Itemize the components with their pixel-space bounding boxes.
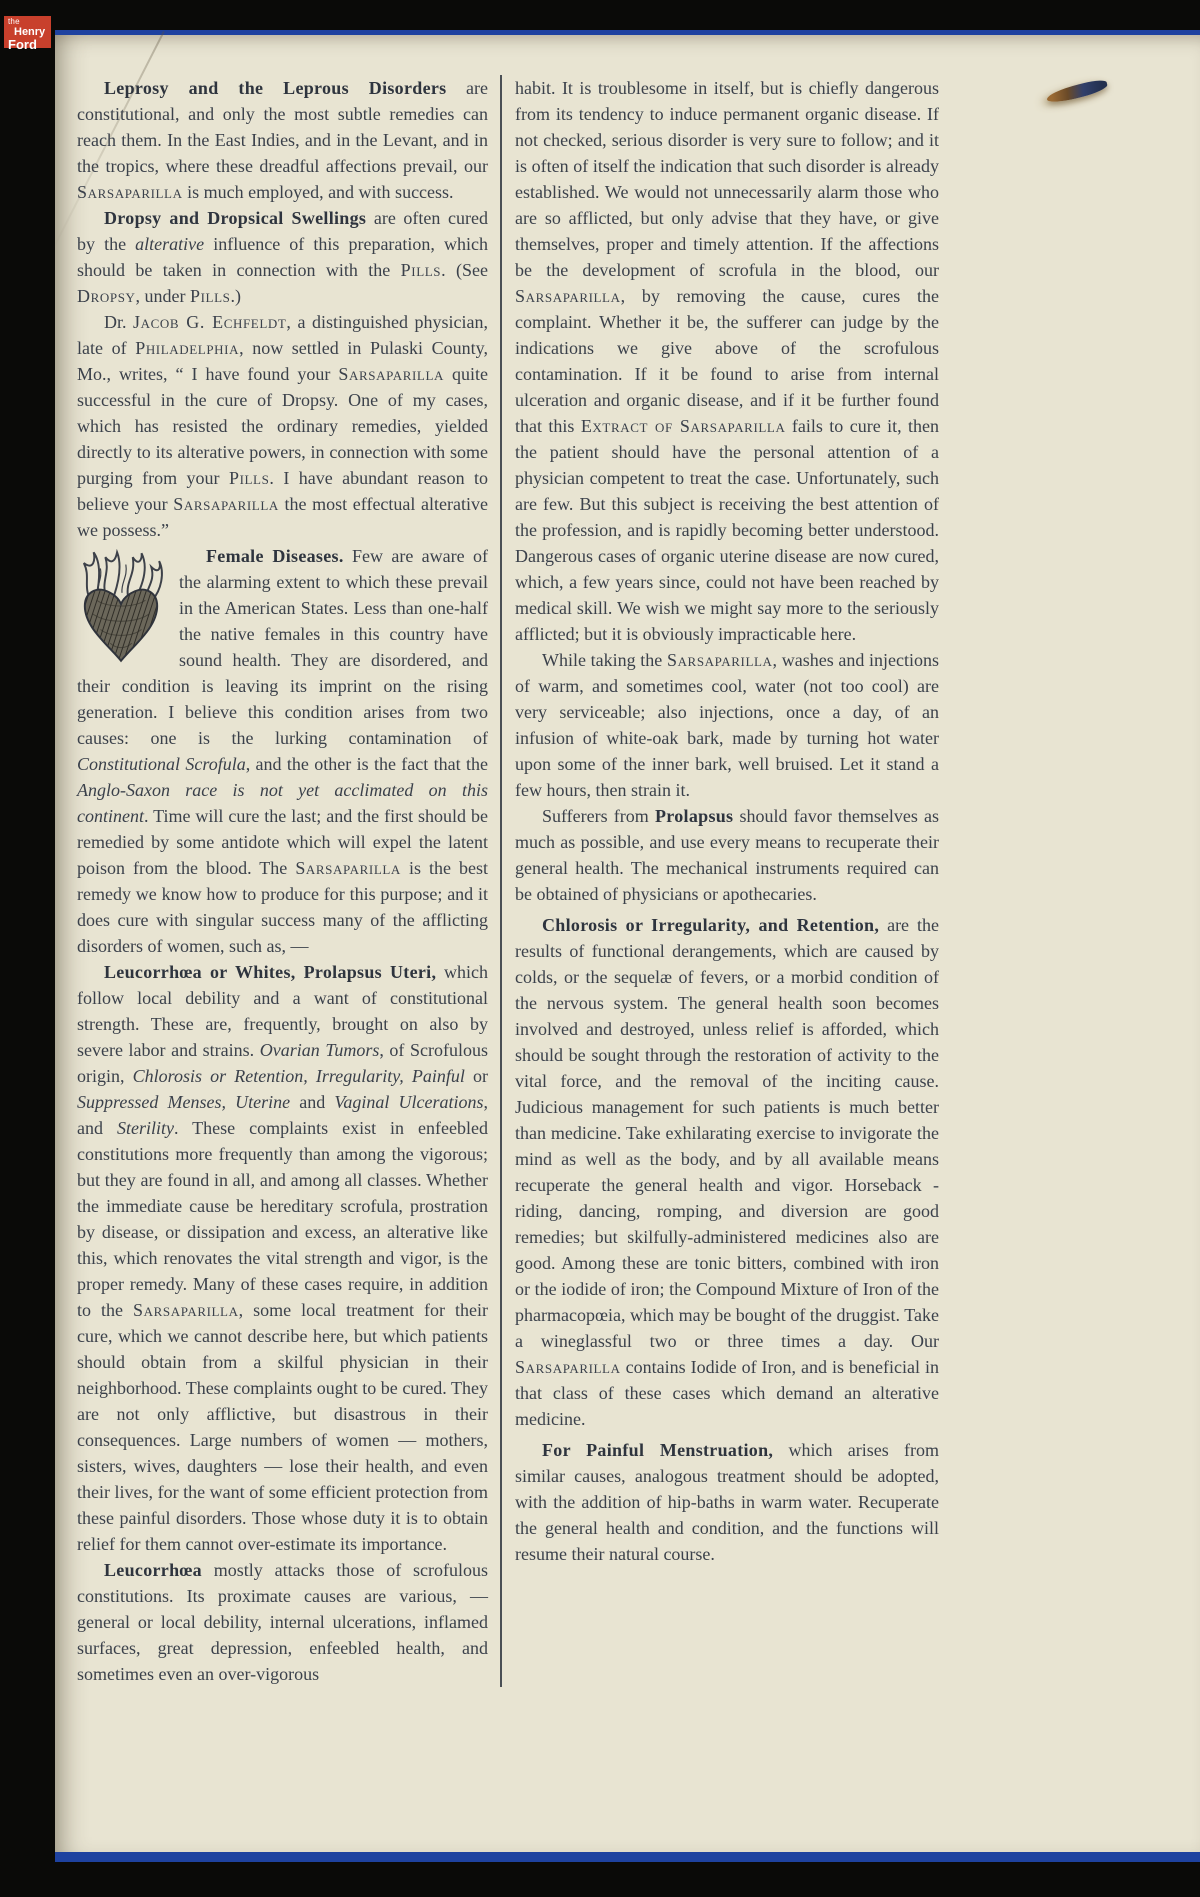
smallcaps-name: Jacob G. Echfeldt — [133, 312, 286, 332]
bold-lead-in: Leucorrhœa — [104, 1560, 202, 1580]
smallcaps-name: Extract of Sarsaparilla — [581, 416, 786, 436]
smallcaps-name: Sarsaparilla — [515, 1357, 621, 1377]
smallcaps-name: Sarsaparilla — [133, 1300, 239, 1320]
text-run: habit. It is troublesome in itself, but … — [515, 78, 939, 280]
smallcaps-name: Sarsaparilla — [338, 364, 444, 384]
smallcaps-name: Sarsaparilla — [515, 286, 621, 306]
text-run: and — [290, 1092, 334, 1112]
scanned-page: Leprosy and the Leprous Disorders are co… — [55, 30, 1200, 1862]
bold-lead-in: Female Diseases. — [206, 546, 344, 566]
text-run: is much employed, and with success. — [183, 182, 454, 202]
text-run: , by removing the cause, cures the compl… — [515, 286, 939, 436]
smallcaps-name: Sarsaparilla — [77, 182, 183, 202]
paper-tear-mark — [1045, 78, 1108, 106]
bold-lead-in: Chlorosis or Irregularity, and Retention… — [542, 915, 879, 935]
text-run: fails to cure it, then the patient shoul… — [515, 416, 939, 644]
smallcaps-name: Philadelphia — [135, 338, 239, 358]
text-run: , under — [136, 286, 190, 306]
bold-lead-in: Leprosy and the Leprous Disorders — [104, 78, 446, 98]
italic-term: Constitutional Scrofula — [77, 754, 246, 774]
paragraph: While taking the Sarsaparilla, washes an… — [515, 647, 939, 803]
paragraph: Leprosy and the Leprous Disorders are co… — [77, 75, 488, 205]
right-column: habit. It is troublesome in itself, but … — [500, 75, 939, 1687]
smallcaps-name: Dropsy — [77, 286, 136, 306]
logo-word-the: the — [8, 18, 51, 26]
paragraph: Sufferers from Prolapsus should favor th… — [515, 803, 939, 907]
paragraph: Dr. Jacob G. Echfeldt, a distinguished p… — [77, 309, 488, 543]
smallcaps-name: Sarsaparilla — [667, 650, 773, 670]
italic-term: Ovarian Tumors — [260, 1040, 380, 1060]
paragraph: Dropsy and Dropsical Swellings are often… — [77, 205, 488, 309]
italic-term: alterative — [135, 234, 204, 254]
paragraph: Female Diseases. Few are aware of the al… — [77, 543, 488, 959]
paragraph: Leucorrhœa or Whites, Prolapsus Uteri, w… — [77, 959, 488, 1557]
paragraph: Chlorosis or Irregularity, and Retention… — [515, 912, 939, 1432]
text-run: . These complaints exist in enfeebled co… — [77, 1118, 488, 1320]
logo-word-ford: Ford — [8, 38, 51, 51]
text-run: While taking the — [542, 650, 667, 670]
bold-lead-in: For Painful Menstruation, — [542, 1440, 773, 1460]
bold-lead-in: Dropsy and Dropsical Swellings — [104, 208, 366, 228]
smallcaps-name: Pills — [401, 260, 441, 280]
smallcaps-name: Pills — [190, 286, 230, 306]
scan-viewport: { "brand": { "the": "the", "henry": "Hen… — [0, 0, 1200, 1897]
text-run: , washes and injections of warm, and som… — [515, 650, 939, 800]
text-run: or — [465, 1066, 488, 1086]
bold-lead-in: Prolapsus — [655, 806, 733, 826]
text-run: .) — [230, 286, 241, 306]
article-columns: Leprosy and the Leprous Disorders are co… — [77, 75, 939, 1687]
left-column: Leprosy and the Leprous Disorders are co… — [77, 75, 500, 1687]
text-run: Sufferers from — [542, 806, 655, 826]
text-run: , and the other is the fact that the — [246, 754, 488, 774]
italic-term: Suppressed Menses, Uterine — [77, 1092, 290, 1112]
text-run: , some local treatment for their cure, w… — [77, 1300, 488, 1554]
bold-lead-in: Leucorrhœa or Whites, Prolapsus Uteri, — [104, 962, 436, 982]
text-run: Dr. — [104, 312, 133, 332]
text-run: . (See — [441, 260, 488, 280]
paragraph: habit. It is troublesome in itself, but … — [515, 75, 939, 647]
henry-ford-logo: the Henry Ford — [4, 16, 51, 48]
text-run: are the results of functional derangemen… — [515, 915, 939, 1351]
smallcaps-name: Sarsaparilla — [173, 494, 279, 514]
italic-term: Chlorosis or Retention, Irregularity, Pa… — [133, 1066, 465, 1086]
paragraph: Leucorrhœa mostly attacks those of scrof… — [77, 1557, 488, 1687]
flaming-heart-illustration — [77, 549, 165, 667]
paragraph: For Painful Menstruation, which arises f… — [515, 1437, 939, 1567]
smallcaps-name: Sarsaparilla — [295, 858, 401, 878]
italic-term: Vaginal Ulcerations — [334, 1092, 483, 1112]
italic-term: Sterility — [117, 1118, 174, 1138]
heart-body — [85, 590, 157, 661]
smallcaps-name: Pills — [229, 468, 269, 488]
